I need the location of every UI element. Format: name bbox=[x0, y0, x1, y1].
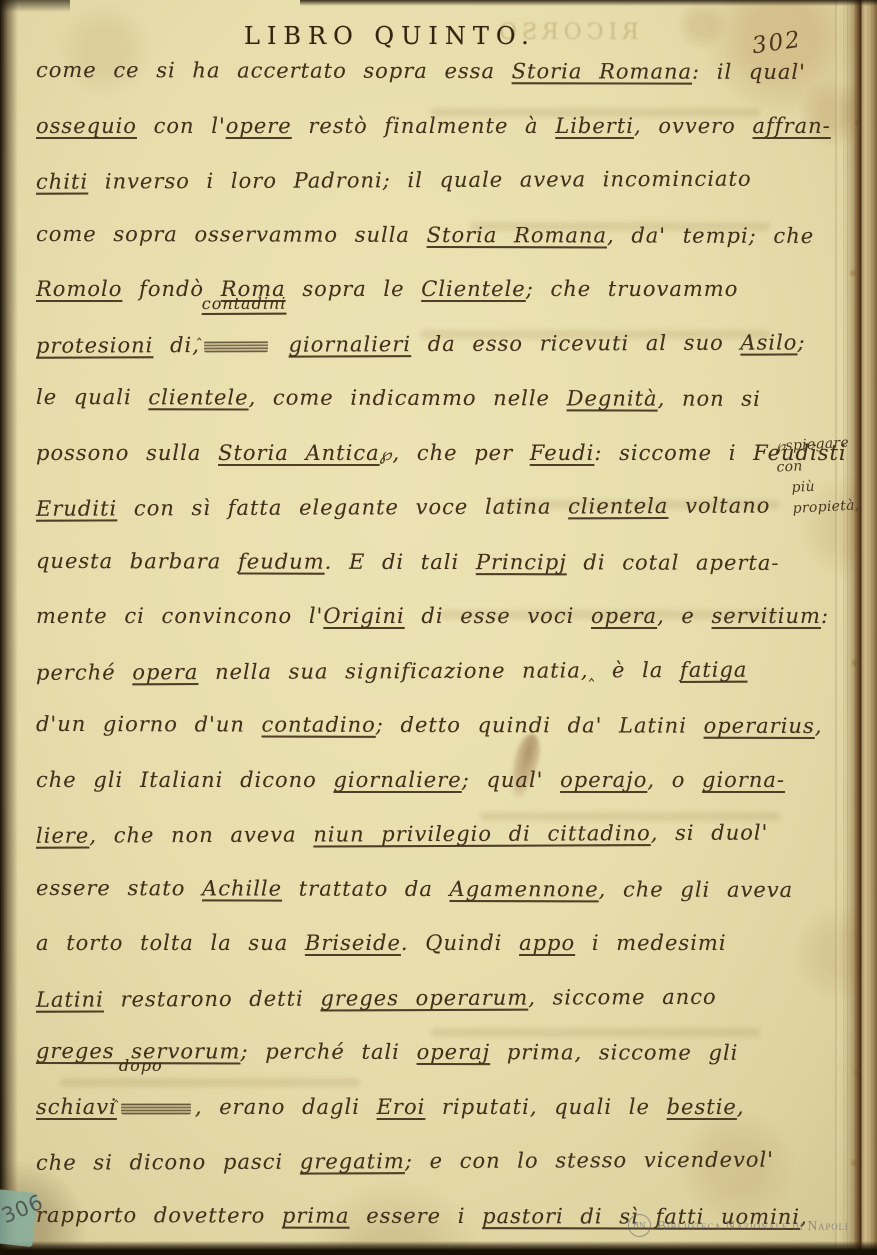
handwritten-text bbox=[272, 332, 289, 356]
handwritten-text: , bbox=[737, 1095, 745, 1119]
underlined-word: fatiga bbox=[680, 657, 748, 681]
manuscript-line: Romolo fondò Roma sopra le Clientele; ch… bbox=[36, 262, 842, 317]
handwritten-text: sopra le bbox=[286, 277, 422, 301]
manuscript-line: che si dicono pasci gregatim; e con lo s… bbox=[36, 1132, 842, 1190]
underlined-word: Feudi bbox=[530, 441, 595, 465]
underlined-word: greges operarum bbox=[320, 985, 528, 1010]
underlined-word: operarius bbox=[704, 714, 815, 738]
handwritten-text: , che non aveva bbox=[89, 823, 313, 848]
handwritten-text: a torto tolta la sua bbox=[36, 931, 305, 955]
underlined-word: Latini bbox=[36, 987, 104, 1011]
handwritten-text: inverso i loro Padroni; il quale aveva i… bbox=[88, 167, 752, 194]
underlined-word: operaj bbox=[417, 1040, 491, 1064]
underlined-word: contadino bbox=[262, 713, 376, 737]
handwritten-text: che gli Italiani dicono bbox=[36, 768, 333, 792]
handwritten-text: come sopra osservammo sulla bbox=[36, 221, 427, 246]
manuscript-line: Eruditi con sì fatta elegante voce latin… bbox=[36, 478, 842, 536]
underlined-word: Eroi bbox=[377, 1095, 426, 1119]
manuscript-line: mente ci convincono l'Origini di esse vo… bbox=[36, 589, 842, 644]
underlined-word: appo bbox=[519, 931, 575, 955]
handwritten-text: rapporto dovettero bbox=[36, 1202, 282, 1227]
binding-gutter-edge bbox=[0, 0, 18, 1255]
underlined-word: opera bbox=[591, 604, 657, 628]
handwritten-text: : bbox=[821, 604, 829, 628]
manuscript-line: perché opera nella sua significazione na… bbox=[36, 642, 842, 700]
handwritten-text: , bbox=[815, 714, 823, 738]
handwritten-text: di cotal aperta- bbox=[567, 550, 780, 575]
manuscript-line: d'un giorno d'un contadino; detto quindi… bbox=[36, 697, 842, 754]
library-watermark: BN Biblioteca Nazionale di Napoli bbox=[628, 1214, 849, 1237]
handwritten-text: con l' bbox=[137, 114, 226, 138]
underlined-word: Romolo bbox=[36, 277, 122, 301]
underlined-word: chiti bbox=[36, 170, 88, 194]
underlined-word: giorna- bbox=[702, 768, 785, 792]
underlined-word: Degnità bbox=[567, 386, 658, 410]
manuscript-line: ossequio con l'opere restò finalmente à … bbox=[36, 99, 842, 154]
underlined-word: prima bbox=[282, 1203, 350, 1227]
handwritten-text: è la bbox=[595, 657, 680, 681]
handwritten-text: . Quindi bbox=[401, 931, 519, 955]
library-watermark-label: Biblioteca Nazionale di Napoli bbox=[657, 1218, 849, 1234]
manuscript-line: che gli Italiani dicono giornaliere; qua… bbox=[36, 753, 842, 808]
manuscript-lines: come ce si ha accertato sopra essa Stori… bbox=[36, 44, 842, 1243]
handwritten-text: nella sua significazione natia, bbox=[198, 658, 588, 684]
margin-annotation-line1: ℘spiegare con bbox=[775, 431, 877, 478]
underlined-word: clientela bbox=[568, 494, 668, 518]
handwritten-text: prima, siccome gli bbox=[490, 1040, 738, 1065]
handwritten-text: come ce si ha accertato sopra essa bbox=[36, 58, 512, 83]
underlined-word: opere bbox=[226, 114, 292, 138]
underlined-word: servitium bbox=[712, 604, 821, 628]
underlined-word: giornaliere bbox=[333, 768, 461, 792]
underlined-word: Agamennone bbox=[450, 877, 599, 901]
underlined-word: clientele bbox=[148, 385, 248, 409]
underlined-word: niun privilegio di cittadino bbox=[313, 821, 651, 846]
manuscript-line: chiti inverso i loro Padroni; il quale a… bbox=[36, 151, 842, 209]
underlined-word: Liberti bbox=[555, 114, 634, 138]
manuscript-line: come ce si ha accertato sopra essa Stori… bbox=[36, 43, 842, 100]
underlined-word: Storia Antica bbox=[218, 441, 380, 465]
handwritten-text: essere i bbox=[350, 1203, 483, 1227]
handwritten-text: , da' tempi; che bbox=[607, 223, 814, 248]
handwritten-text: perché bbox=[36, 660, 132, 684]
underlined-word: operajo bbox=[560, 768, 647, 792]
handwritten-text: restò finalmente à bbox=[292, 114, 556, 138]
margin-annotation: ℘spiegare con più propietà, bbox=[775, 431, 877, 520]
underlined-word: bestie bbox=[667, 1095, 737, 1119]
underlined-word: protesioni bbox=[36, 333, 153, 358]
handwritten-text: ; e con lo stesso vicendevol' bbox=[405, 1148, 774, 1174]
handwritten-text: , che gli aveva bbox=[599, 877, 794, 902]
handwritten-text: , ovvero bbox=[634, 114, 753, 138]
underlined-word: opera bbox=[132, 660, 198, 684]
underlined-word: Briseide bbox=[305, 931, 401, 955]
underlined-word: Clientele bbox=[421, 277, 525, 301]
underlined-word: schiavi bbox=[36, 1095, 117, 1119]
manuscript-line: Latini restarono detti greges operarum, … bbox=[36, 969, 842, 1027]
manuscript-line: questa barbara feudum. E di tali Princip… bbox=[36, 533, 842, 590]
handwritten-text: , si duol' bbox=[651, 821, 769, 846]
manuscript-scan: { "page": { "header_title": "LIBRO QUINT… bbox=[0, 0, 877, 1255]
handwritten-text: ; detto quindi da' Latini bbox=[376, 713, 704, 738]
underlined-word: liere bbox=[36, 824, 89, 848]
handwritten-text: , non si bbox=[658, 387, 761, 411]
underlined-word: Storia Romana bbox=[427, 222, 607, 246]
handwritten-text: ; perché tali bbox=[240, 1039, 416, 1063]
handwritten-text: , erano dagli bbox=[195, 1095, 377, 1119]
handwritten-text: voltano bbox=[668, 494, 770, 518]
handwritten-text: da esso ricevuti al suo bbox=[411, 330, 740, 355]
underlined-word: giornalieri bbox=[289, 332, 412, 357]
inserted-word: contadini bbox=[202, 295, 287, 311]
handwritten-text: , come indicammo nelle bbox=[249, 386, 567, 411]
manuscript-line: essere stato Achille trattato da Agamenn… bbox=[36, 860, 842, 917]
handwritten-text: : il qual' bbox=[692, 60, 806, 84]
underlined-word: feudum bbox=[238, 549, 325, 573]
caret-mark: ‸ bbox=[197, 306, 203, 361]
manuscript-line: le quali clientele, come indicammo nelle… bbox=[36, 370, 842, 427]
manuscript-line: come sopra osservammo sulla Storia Roman… bbox=[36, 206, 842, 263]
handwritten-text: essere stato bbox=[36, 875, 202, 899]
handwritten-text: ; che truovammo bbox=[526, 277, 739, 301]
underlined-word: gregatim bbox=[300, 1149, 405, 1173]
top-scan-edge bbox=[300, 0, 877, 6]
reference-mark: ℘ bbox=[380, 445, 393, 465]
correction: ‸contadini bbox=[204, 317, 268, 372]
inserted-word: dopo bbox=[119, 1058, 163, 1074]
underlined-word: affran- bbox=[753, 114, 831, 138]
handwritten-text: , e bbox=[657, 604, 711, 628]
book-page-edges bbox=[843, 0, 877, 1255]
handwritten-text: . E di tali bbox=[325, 549, 476, 573]
handwritten-text: le quali bbox=[36, 385, 148, 409]
handwritten-text: che si dicono pasci bbox=[36, 1150, 300, 1175]
handwritten-text: di esse voci bbox=[405, 604, 591, 628]
handwritten-text: , o bbox=[647, 768, 702, 792]
handwritten-text: trattato da bbox=[282, 876, 450, 900]
struck-out-word bbox=[121, 1102, 191, 1115]
underlined-word: Asilo bbox=[740, 330, 797, 354]
underlined-word: Origini bbox=[323, 604, 404, 628]
manuscript-line: liere, che non aveva niun privilegio di … bbox=[36, 805, 842, 863]
handwritten-text: possono sulla bbox=[36, 441, 218, 465]
underlined-word: Eruditi bbox=[36, 496, 117, 520]
handwritten-text: mente ci convincono l' bbox=[36, 604, 323, 628]
handwritten-text: ; qual' bbox=[462, 768, 560, 792]
underlined-word: Storia Romana bbox=[512, 59, 692, 83]
handwritten-text: di, bbox=[153, 333, 200, 357]
handwritten-text: restarono detti bbox=[104, 986, 321, 1011]
handwritten-text: i medesimi bbox=[575, 931, 726, 955]
manuscript-line: protesioni di,‸contadini giornalieri da … bbox=[36, 315, 842, 373]
handwritten-text: con sì fatta elegante voce latina bbox=[117, 494, 568, 520]
handwritten-text: riputati, quali le bbox=[425, 1095, 666, 1119]
struck-out-word bbox=[204, 339, 268, 352]
manuscript-line: schiavi‸dopo, erano dagli Eroi riputati,… bbox=[36, 1080, 842, 1135]
handwritten-text: questa barbara bbox=[36, 548, 238, 573]
library-logo-icon: BN bbox=[628, 1214, 651, 1237]
handwritten-text: , siccome anco bbox=[528, 984, 717, 1009]
caret-mark: ‸ bbox=[114, 1068, 120, 1123]
underlined-word: Achille bbox=[202, 876, 282, 900]
manuscript-line: a torto tolta la sua Briseide. Quindi ap… bbox=[36, 916, 842, 971]
handwritten-text: , che per bbox=[392, 441, 529, 465]
margin-annotation-line2: più propietà, bbox=[791, 473, 877, 519]
underlined-word: Principj bbox=[476, 550, 567, 574]
correction: ‸dopo bbox=[121, 1080, 191, 1135]
manuscript-line: possono sulla Storia Antica℘, che per Fe… bbox=[36, 426, 842, 481]
handwritten-text: d'un giorno d'un bbox=[36, 712, 262, 737]
underlined-word: ossequio bbox=[36, 114, 137, 138]
top-left-scan-edge bbox=[0, 0, 70, 12]
handwritten-text: ; bbox=[797, 330, 805, 354]
